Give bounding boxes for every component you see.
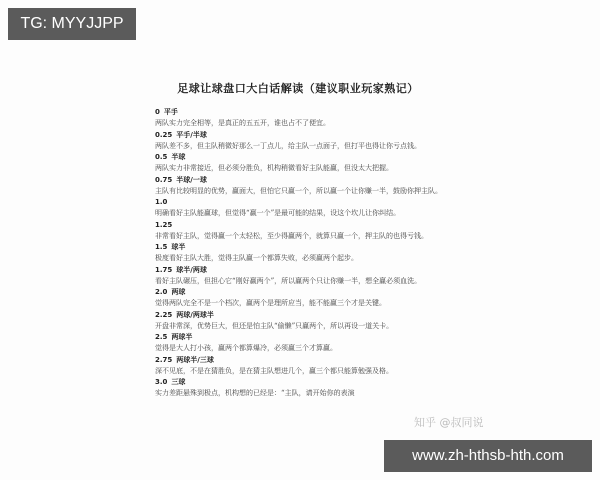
handicap-heading: 1.5球半 — [155, 242, 455, 253]
handicap-explanation: 非常看好主队，觉得赢一个太轻松，至少得赢两个，就算只赢一个，押主队的也得亏钱。 — [155, 231, 455, 243]
document-title: 足球让球盘口大白话解读（建议职业玩家熟记） — [168, 80, 428, 96]
handicap-explanation: 两队实力非常接近，但必须分胜负，机构稍微看好主队能赢，但没太大把握。 — [155, 163, 455, 175]
handicap-name: 两球半/三球 — [176, 356, 214, 364]
handicap-value: 1.0 — [155, 198, 167, 206]
handicap-value: 1.5 — [155, 243, 167, 251]
handicap-heading: 2.5两球半 — [155, 332, 455, 343]
handicap-explanation: 觉得两队完全不是一个档次，赢两个是理所应当，能不能赢三个才是关键。 — [155, 298, 455, 310]
handicap-heading: 0.5半球 — [155, 152, 455, 163]
handicap-name: 平手 — [164, 108, 178, 116]
handicap-name: 半球 — [171, 153, 185, 161]
handicap-value: 2.0 — [155, 288, 167, 296]
handicap-heading: 2.0两球 — [155, 287, 455, 298]
handicap-name: 两球半 — [171, 333, 192, 341]
handicap-name: 球半/两球 — [176, 266, 207, 274]
telegram-tag-badge: TG: MYYJJPP — [8, 8, 136, 40]
handicap-explanation: 看好主队碾压，但担心它“刚好赢两个”，所以赢两个只让你赚一半，想全赢必须血洗。 — [155, 276, 455, 288]
handicap-heading: 0平手 — [155, 107, 455, 118]
handicap-heading: 3.0三球 — [155, 377, 455, 388]
zhihu-watermark: 知乎 @叔同说 — [414, 414, 484, 430]
handicap-explanation: 主队有比较明显的优势，赢面大，但怕它只赢一个，所以赢一个让你赚一半，鼓励你押主队… — [155, 186, 455, 198]
handicap-value: 2.25 — [155, 311, 172, 319]
handicap-name: 两球 — [171, 288, 185, 296]
handicap-explanation: 开盘非常深，优势巨大，但还是怕主队“偷懒”只赢两个，所以再设一道关卡。 — [155, 321, 455, 333]
handicap-heading: 0.75半球/一球 — [155, 175, 455, 186]
handicap-value: 0.25 — [155, 131, 172, 139]
handicap-value: 1.25 — [155, 221, 172, 229]
handicap-name: 平手/半球 — [176, 131, 207, 139]
handicap-value: 0.75 — [155, 176, 172, 184]
handicap-heading: 1.75球半/两球 — [155, 265, 455, 276]
handicap-name: 三球 — [171, 378, 185, 386]
handicap-explanation: 两队实力完全相等，是真正的五五开，谁也占不了便宜。 — [155, 118, 455, 130]
handicap-heading: 0.25平手/半球 — [155, 130, 455, 141]
handicap-explanation: 明确看好主队能赢球，但觉得“赢一个”是最可能的结果，设这个坎儿让你纠结。 — [155, 208, 455, 220]
handicap-name: 球半 — [171, 243, 185, 251]
handicap-heading: 1.0 — [155, 197, 455, 208]
handicap-heading: 1.25 — [155, 220, 455, 231]
handicap-value: 1.75 — [155, 266, 172, 274]
handicap-explanation: 两队差不多，但主队稍微好那么一丁点儿，给主队一点面子，但打平也得让你亏点钱。 — [155, 141, 455, 153]
handicap-explanation: 觉得是大人打小孩，赢两个都算爆冷，必须赢三个才算赢。 — [155, 343, 455, 355]
handicap-explanation: 实力差距悬殊到极点，机构想的已经是：“主队，请开始你的表演 — [155, 388, 455, 400]
handicap-explanation: 深不见底，不是在猜胜负，是在猜主队想进几个，赢三个都只能算勉强及格。 — [155, 366, 455, 378]
handicap-value: 2.75 — [155, 356, 172, 364]
handicap-value: 0.5 — [155, 153, 167, 161]
handicap-value: 0 — [155, 108, 160, 116]
document-body: 0平手两队实力完全相等，是真正的五五开，谁也占不了便宜。0.25平手/半球两队差… — [155, 107, 455, 400]
handicap-value: 2.5 — [155, 333, 167, 341]
handicap-explanation: 极度看好主队大胜，觉得主队赢一个都算失败，必须赢两个起步。 — [155, 253, 455, 265]
handicap-value: 3.0 — [155, 378, 167, 386]
website-url-badge: www.zh-hthsb-hth.com — [384, 440, 592, 472]
handicap-heading: 2.75两球半/三球 — [155, 355, 455, 366]
handicap-name: 两球/两球半 — [176, 311, 214, 319]
handicap-heading: 2.25两球/两球半 — [155, 310, 455, 321]
handicap-name: 半球/一球 — [176, 176, 207, 184]
